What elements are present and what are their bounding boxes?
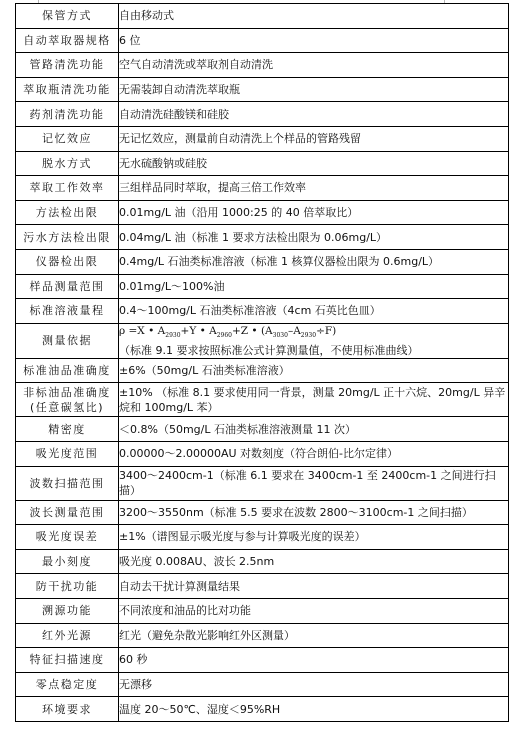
- spec-value: 无记忆效应，测量前自动清洗上个样品的管路残留: [119, 126, 509, 151]
- spec-key: 保管方式: [16, 4, 119, 29]
- spec-value: ±10% （标准 8.1 要求使用同一背景，测量 20mg/L 正十六烷、20m…: [119, 383, 509, 417]
- spec-key: 标准油品准确度: [16, 358, 119, 383]
- spec-key: 样品测量范围: [16, 274, 119, 299]
- spec-key: 非标油品准确度(任意碳氢比): [16, 383, 119, 417]
- spec-key: 波长测量范围: [16, 500, 119, 525]
- spec-key: 精密度: [16, 417, 119, 442]
- spec-key: 方法检出限: [16, 200, 119, 225]
- spec-value: ±6%（50mg/L 石油类标准溶液）: [119, 358, 509, 383]
- spec-key: 最小刻度: [16, 549, 119, 574]
- spec-value: ρ =X • A2930+Y • A2960+Z • (A3030–A2930÷…: [119, 323, 509, 358]
- spec-value: 0.00000～2.00000AU 对数刻度（符合朗伯-比尔定律）: [119, 442, 509, 467]
- spec-key: 测量依据: [16, 323, 119, 358]
- spec-value: 0.4mg/L 石油类标准溶液（标准 1 核算仪器检出限为 0.6mg/L）: [119, 249, 509, 274]
- table-row: 零点稳定度无漂移: [16, 672, 509, 697]
- measurement-formula: ρ =X • A2930+Y • A2960+Z • (A3030–A2930÷…: [119, 324, 508, 343]
- table-row: 非标油品准确度(任意碳氢比) ±10% （标准 8.1 要求使用同一背景，测量 …: [16, 383, 509, 417]
- spec-key: 自动萃取器规格: [16, 28, 119, 53]
- table-row: 萃取瓶清洗功能无需装卸自动清洗萃取瓶: [16, 77, 509, 102]
- spec-value: 6 位: [119, 28, 509, 53]
- spec-value: 0.04mg/L 油（标准 1 要求方法检出限为 0.06mg/L）: [119, 225, 509, 250]
- table-row: 脱水方式无水硫酸钠或硅胶: [16, 151, 509, 176]
- table-row: 最小刻度吸光度 0.008AU、波长 2.5nm: [16, 549, 509, 574]
- spec-key: 污水方法检出限: [16, 225, 119, 250]
- table-row: 红外光源红光（避免杂散光影响红外区测量）: [16, 623, 509, 648]
- table-row: 样品测量范围0.01mg/L～100%油: [16, 274, 509, 299]
- table-row: 保管方式自由移动式: [16, 4, 509, 29]
- spec-key: 萃取瓶清洗功能: [16, 77, 119, 102]
- table-row: 萃取工作效率三组样品同时萃取，提高三倍工作效率: [16, 176, 509, 201]
- table-row: 环境要求温度 20～50℃、湿度＜95%RH: [16, 697, 509, 722]
- table-row: 仪器检出限0.4mg/L 石油类标准溶液（标准 1 核算仪器检出限为 0.6mg…: [16, 249, 509, 274]
- table-row: 波数扫描范围3400～2400cm-1（标准 6.1 要求在 3400cm-1 …: [16, 466, 509, 500]
- table-row: 药剂清洗功能自动清洗硅酸镁和硅胶: [16, 102, 509, 127]
- spec-value: 吸光度 0.008AU、波长 2.5nm: [119, 549, 509, 574]
- spec-key: 零点稳定度: [16, 672, 119, 697]
- spec-value: 自由移动式: [119, 4, 509, 29]
- spec-key: 药剂清洗功能: [16, 102, 119, 127]
- spec-value: 温度 20～50℃、湿度＜95%RH: [119, 697, 509, 722]
- spec-key: 仪器检出限: [16, 249, 119, 274]
- table-row: 波长测量范围3200～3550nm（标准 5.5 要求在波数 2800～3100…: [16, 500, 509, 525]
- spec-key: 吸光度误差: [16, 525, 119, 550]
- spec-key: 标准溶液量程: [16, 299, 119, 324]
- spec-value: 无漂移: [119, 672, 509, 697]
- spec-value: 3200～3550nm（标准 5.5 要求在波数 2800～3100cm-1 之…: [119, 500, 509, 525]
- spec-value: 0.4～100mg/L 石油类标准溶液（4cm 石英比色皿）: [119, 299, 509, 324]
- spec-value: 不同浓度和油品的比对功能: [119, 598, 509, 623]
- spec-key: 波数扫描范围: [16, 466, 119, 500]
- spec-value: ＜0.8%（50mg/L 石油类标准溶液测量 11 次）: [119, 417, 509, 442]
- spec-value: 无水硫酸钠或硅胶: [119, 151, 509, 176]
- spec-value: 0.01mg/L～100%油: [119, 274, 509, 299]
- spec-value: 红光（避免杂散光影响红外区测量）: [119, 623, 509, 648]
- spec-value: 三组样品同时萃取，提高三倍工作效率: [119, 176, 509, 201]
- table-row: 自动萃取器规格6 位: [16, 28, 509, 53]
- formula-note: （标准 9.1 要求按照标准公式计算测量值，不使用标准曲线）: [119, 343, 508, 358]
- spec-key: 脱水方式: [16, 151, 119, 176]
- table-row: 管路清洗功能空气自动清洗或萃取剂自动清洗: [16, 53, 509, 78]
- spec-key: 环境要求: [16, 697, 119, 722]
- table-row: 污水方法检出限0.04mg/L 油（标准 1 要求方法检出限为 0.06mg/L…: [16, 225, 509, 250]
- spec-key: 萃取工作效率: [16, 176, 119, 201]
- spec-value: 无需装卸自动清洗萃取瓶: [119, 77, 509, 102]
- table-row: 标准油品准确度±6%（50mg/L 石油类标准溶液）: [16, 358, 509, 383]
- spec-key: 防干扰功能: [16, 574, 119, 599]
- spec-key: 红外光源: [16, 623, 119, 648]
- table-row: 方法检出限0.01mg/L 油（沿用 1000:25 的 40 倍萃取比）: [16, 200, 509, 225]
- table-row: 记忆效应无记忆效应，测量前自动清洗上个样品的管路残留: [16, 126, 509, 151]
- table-row: 吸光度误差±1%（谱图显示吸光度与参与计算吸光度的误差）: [16, 525, 509, 550]
- spec-key: 吸光度范围: [16, 442, 119, 467]
- spec-value: 0.01mg/L 油（沿用 1000:25 的 40 倍萃取比）: [119, 200, 509, 225]
- spec-key: 溯源功能: [16, 598, 119, 623]
- spec-value: 60 秒: [119, 648, 509, 673]
- spec-table: 保管方式自由移动式 自动萃取器规格6 位 管路清洗功能空气自动清洗或萃取剂自动清…: [15, 3, 509, 722]
- spec-key: 特征扫描速度: [16, 648, 119, 673]
- spec-key: 记忆效应: [16, 126, 119, 151]
- table-row: 精密度＜0.8%（50mg/L 石油类标准溶液测量 11 次）: [16, 417, 509, 442]
- table-row: 防干扰功能自动去干扰计算测量结果: [16, 574, 509, 599]
- table-row: 吸光度范围0.00000～2.00000AU 对数刻度（符合朗伯-比尔定律）: [16, 442, 509, 467]
- spec-value: 空气自动清洗或萃取剂自动清洗: [119, 53, 509, 78]
- spec-key: 管路清洗功能: [16, 53, 119, 78]
- table-row: 溯源功能不同浓度和油品的比对功能: [16, 598, 509, 623]
- spec-value: ±1%（谱图显示吸光度与参与计算吸光度的误差）: [119, 525, 509, 550]
- spec-value: 3400～2400cm-1（标准 6.1 要求在 3400cm-1 至 2400…: [119, 466, 509, 500]
- table-row: 特征扫描速度60 秒: [16, 648, 509, 673]
- spec-value: 自动去干扰计算测量结果: [119, 574, 509, 599]
- spec-value: 自动清洗硅酸镁和硅胶: [119, 102, 509, 127]
- table-row: 标准溶液量程0.4～100mg/L 石油类标准溶液（4cm 石英比色皿）: [16, 299, 509, 324]
- table-row: 测量依据 ρ =X • A2930+Y • A2960+Z • (A3030–A…: [16, 323, 509, 358]
